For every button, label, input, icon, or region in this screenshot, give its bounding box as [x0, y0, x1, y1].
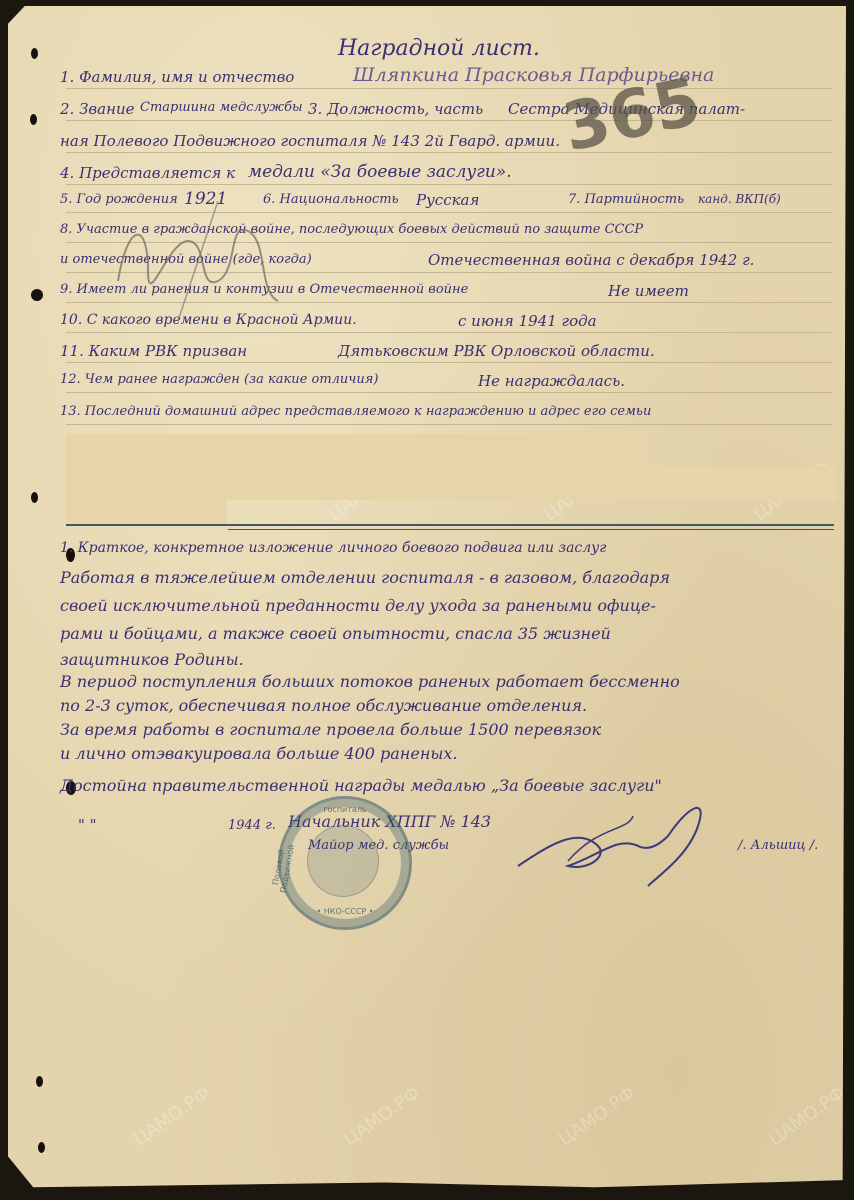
punch-hole: [38, 1142, 45, 1153]
redacted-address-block: [66, 466, 836, 500]
field-12-value: Не награждалась.: [478, 372, 625, 390]
punch-hole: [31, 48, 38, 59]
redacted-address-block: [66, 500, 226, 524]
field-2-value: Старшина медслужбы: [140, 100, 303, 115]
field-3-label: 3. Должность, часть: [308, 100, 483, 118]
field-2-label: 2. Звание: [60, 100, 135, 118]
field-1-label: 1. Фамилия, имя и отчество: [60, 68, 294, 86]
stamp-side-text: Полевой Подвижной: [267, 827, 299, 909]
date-quotes: " ": [78, 816, 97, 834]
watermark: ЦАМО.РФ: [555, 1083, 639, 1151]
field-11-value: Дятьковским РВК Орловской области.: [338, 342, 655, 360]
watermark: ЦАМО.РФ: [130, 1083, 214, 1151]
merit-text-line: рами и бойцами, а также своей опытности,…: [60, 624, 611, 643]
signer-name: /. Альшиц /.: [738, 838, 818, 853]
field-4-label: 4. Представляется к: [60, 164, 235, 182]
field-3-value-cont: ная Полевого Подвижного госпиталя № 143 …: [60, 132, 560, 150]
merit-text-line: и лично отэвакуировала больше 400 ранены…: [60, 744, 458, 763]
field-6-value: Русская: [416, 191, 479, 209]
award-sheet-page: ЦАМО.РФ ЦАМО.РФ ЦАМО.РФ ЦАМО.РФ ЦАМО.РФ …: [8, 6, 846, 1192]
merit-text-line: В период поступления больших потоков ран…: [60, 672, 680, 691]
stamp-bottom-text: • НКО-СССР •: [281, 907, 409, 916]
redacted-address-block: [66, 434, 646, 466]
official-stamp: госпиталь • НКО-СССР • Полевой Подвижной: [278, 796, 412, 930]
field-7-label: 7. Партийность: [568, 192, 684, 207]
field-10-value: с июня 1941 года: [458, 312, 597, 330]
handwritten-signature: [508, 786, 728, 896]
section-separator: [66, 524, 834, 526]
merit-text-line: Работая в тяжелейшем отделении госпиталя…: [60, 568, 670, 587]
field-8-value: Отечественная война с декабря 1942 г.: [428, 251, 754, 269]
section-separator: [228, 529, 834, 530]
punch-hole: [30, 114, 37, 125]
field-7-value: канд. ВКП(б): [698, 192, 781, 206]
merit-text-line: За время работы в госпитале провела боль…: [60, 720, 601, 739]
punch-hole: [31, 289, 43, 301]
watermark: ЦАМО.РФ: [340, 1083, 424, 1151]
section-2-heading: 1. Краткое, конкретное изложение личного…: [60, 540, 606, 556]
merit-text-line: защитников Родины.: [60, 650, 244, 669]
field-11-label: 11. Каким РВК призван: [60, 342, 247, 360]
stamp-emblem: [307, 825, 379, 897]
stamp-top-text: госпиталь: [281, 805, 409, 814]
document-title: Наградной лист.: [338, 36, 540, 61]
field-13-label: 13. Последний домашний адрес представляе…: [60, 404, 651, 419]
field-4-value: медали «За боевые заслуги».: [248, 162, 512, 182]
field-12-label: 12. Чем ранее награжден (за какие отличи…: [60, 372, 378, 387]
signature-year: 1944 г.: [228, 818, 276, 833]
merit-text-line: по 2-3 суток, обеспечивая полное обслужи…: [60, 696, 587, 715]
pencil-scribble: [108, 201, 298, 331]
punch-hole: [31, 492, 38, 503]
field-9-value: Не имеет: [608, 282, 689, 300]
punch-hole: [36, 1076, 43, 1087]
merit-text-line: своей исключительной преданности делу ух…: [60, 596, 656, 615]
watermark: ЦАМО.РФ: [765, 1083, 849, 1151]
